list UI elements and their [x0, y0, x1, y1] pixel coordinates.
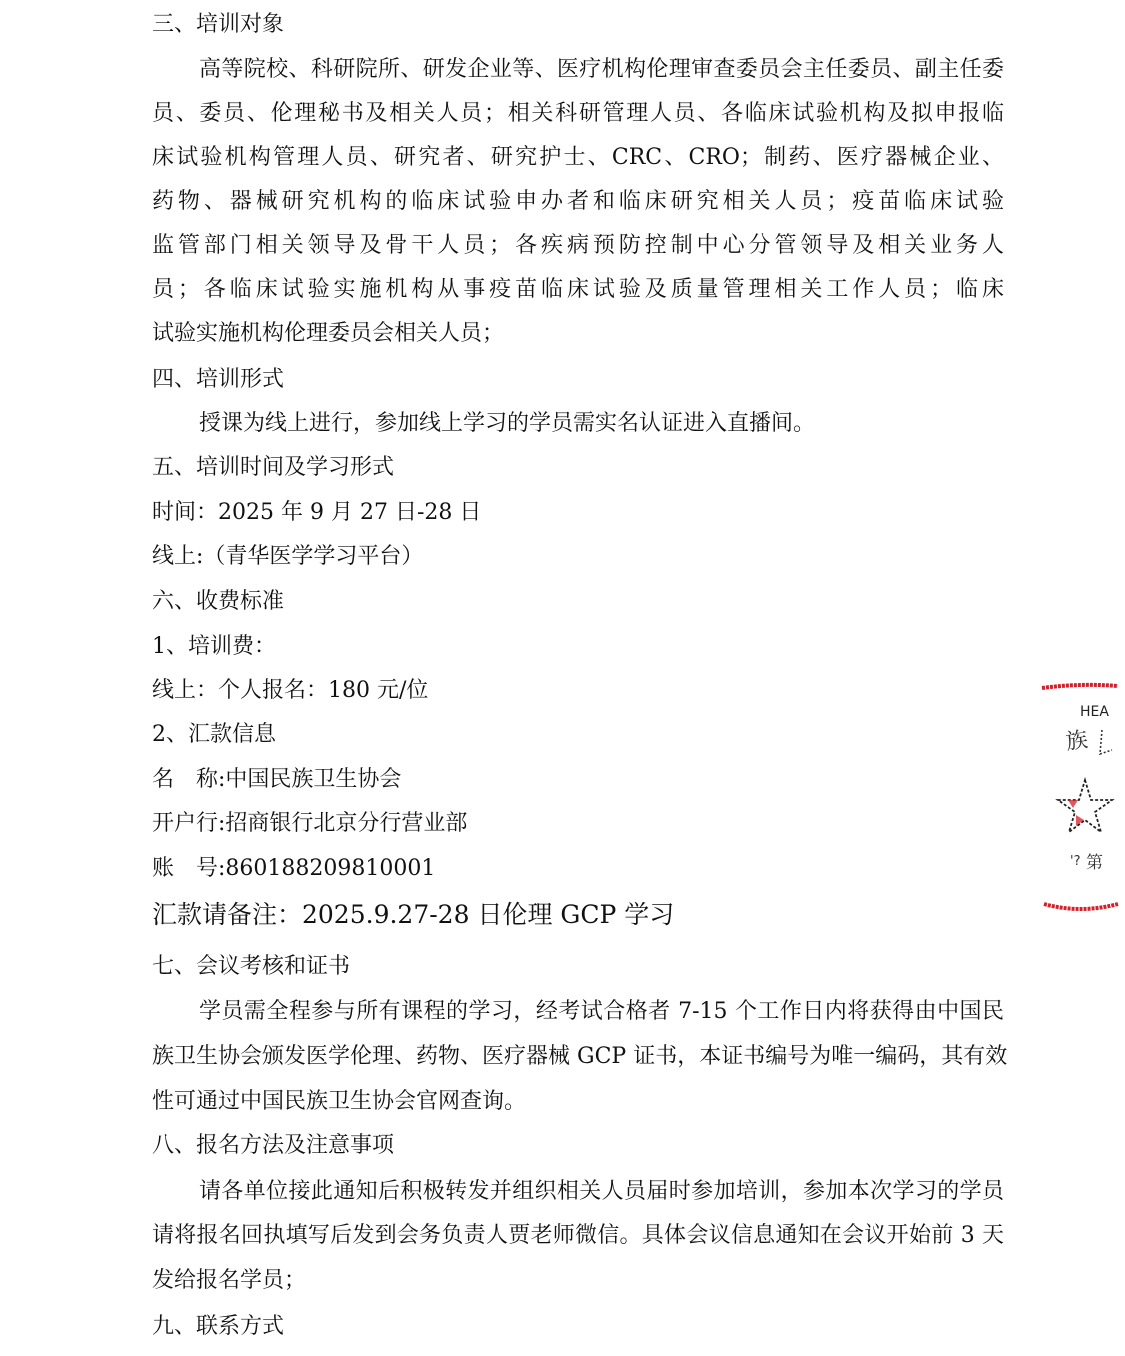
section-heading-training-format: 四、培训形式 — [152, 365, 284, 395]
paragraph-line: 员、委员、伦理秘书及相关人员；相关科研管理人员、各临床试验机构及拟申报临 — [152, 99, 1004, 129]
section-heading-training-targets: 三、培训对象 — [152, 10, 284, 40]
paragraph-line: 性可通过中国民族卫生协会官网查询。 — [152, 1087, 526, 1117]
document-page: 三、培训对象 高等院校、科研院所、研发企业等、医疗机构伦理审查委员会主任委员、副… — [0, 0, 1125, 1356]
account-number-line: 账 号:860188209810001 — [152, 854, 435, 884]
paragraph-line: 族卫生协会颁发医学伦理、药物、医疗器械 GCP 证书，本证书编号为唯一编码，其有… — [152, 1042, 1004, 1072]
training-time-line: 时间：2025 年 9 月 27 日-28 日 — [152, 498, 481, 528]
paragraph-line: 高等院校、科研院所、研发企业等、医疗机构伦理审查委员会主任委员、副主任委 — [199, 55, 1004, 85]
section-heading-fees: 六、收费标准 — [152, 587, 284, 617]
paragraph-line: 请将报名回执填写后发到会务负责人贾老师微信。具体会议信息通知在会议开始前 3 天 — [152, 1221, 1004, 1251]
fee-title: 1、培训费： — [152, 632, 276, 662]
section-heading-assessment-certificate: 七、会议考核和证书 — [152, 952, 350, 982]
paragraph-line: 员；各临床试验实施机构从事疫苗临床试验及质量管理相关工作人员；临床 — [152, 275, 1004, 305]
paragraph-line: 试验实施机构伦理委员会相关人员； — [152, 319, 504, 349]
svg-text:族: 族 — [1064, 727, 1089, 755]
official-seal-fragment: HEA 族 '? 第 — [1040, 682, 1125, 914]
paragraph-line: 药物、器械研究机构的临床试验申办者和临床研究相关人员；疫苗临床试验 — [152, 187, 1004, 217]
section-heading-training-time: 五、培训时间及学习形式 — [152, 453, 394, 483]
paragraph-line: 请各单位接此通知后积极转发并组织相关人员届时参加培训，参加本次学习的学员 — [199, 1177, 1004, 1207]
paragraph-line: 床试验机构管理人员、研究者、研究护士、CRC、CRO；制药、医疗器械企业、 — [152, 143, 1004, 173]
online-platform-line: 线上:（青华医学学习平台） — [152, 542, 423, 572]
section-heading-contact: 九、联系方式 — [152, 1312, 284, 1342]
remit-title: 2、汇款信息 — [152, 720, 276, 750]
svg-text:第: 第 — [1086, 853, 1103, 873]
svg-text:HEA: HEA — [1080, 704, 1109, 720]
account-name-line: 名 称:中国民族卫生协会 — [152, 765, 401, 795]
paragraph-line: 学员需全程参与所有课程的学习，经考试合格者 7-15 个工作日内将获得由中国民 — [199, 997, 1004, 1027]
seal-icon: HEA 族 '? 第 — [1040, 682, 1125, 914]
paragraph-line: 授课为线上进行，参加线上学习的学员需实名认证进入直播间。 — [199, 409, 815, 439]
svg-text:'?: '? — [1070, 854, 1080, 869]
bank-line: 开户行:招商银行北京分行营业部 — [152, 809, 467, 839]
paragraph-line: 监管部门相关领导及骨干人员；各疾病预防控制中心分管领导及相关业务人 — [152, 231, 1004, 261]
paragraph-line: 发给报名学员； — [152, 1266, 306, 1296]
remit-remark-line: 汇款请备注：2025.9.27-28 日伦理 GCP 学习 — [152, 898, 674, 932]
section-heading-registration: 八、报名方法及注意事项 — [152, 1131, 394, 1161]
fee-line: 线上：个人报名：180 元/位 — [152, 676, 428, 706]
